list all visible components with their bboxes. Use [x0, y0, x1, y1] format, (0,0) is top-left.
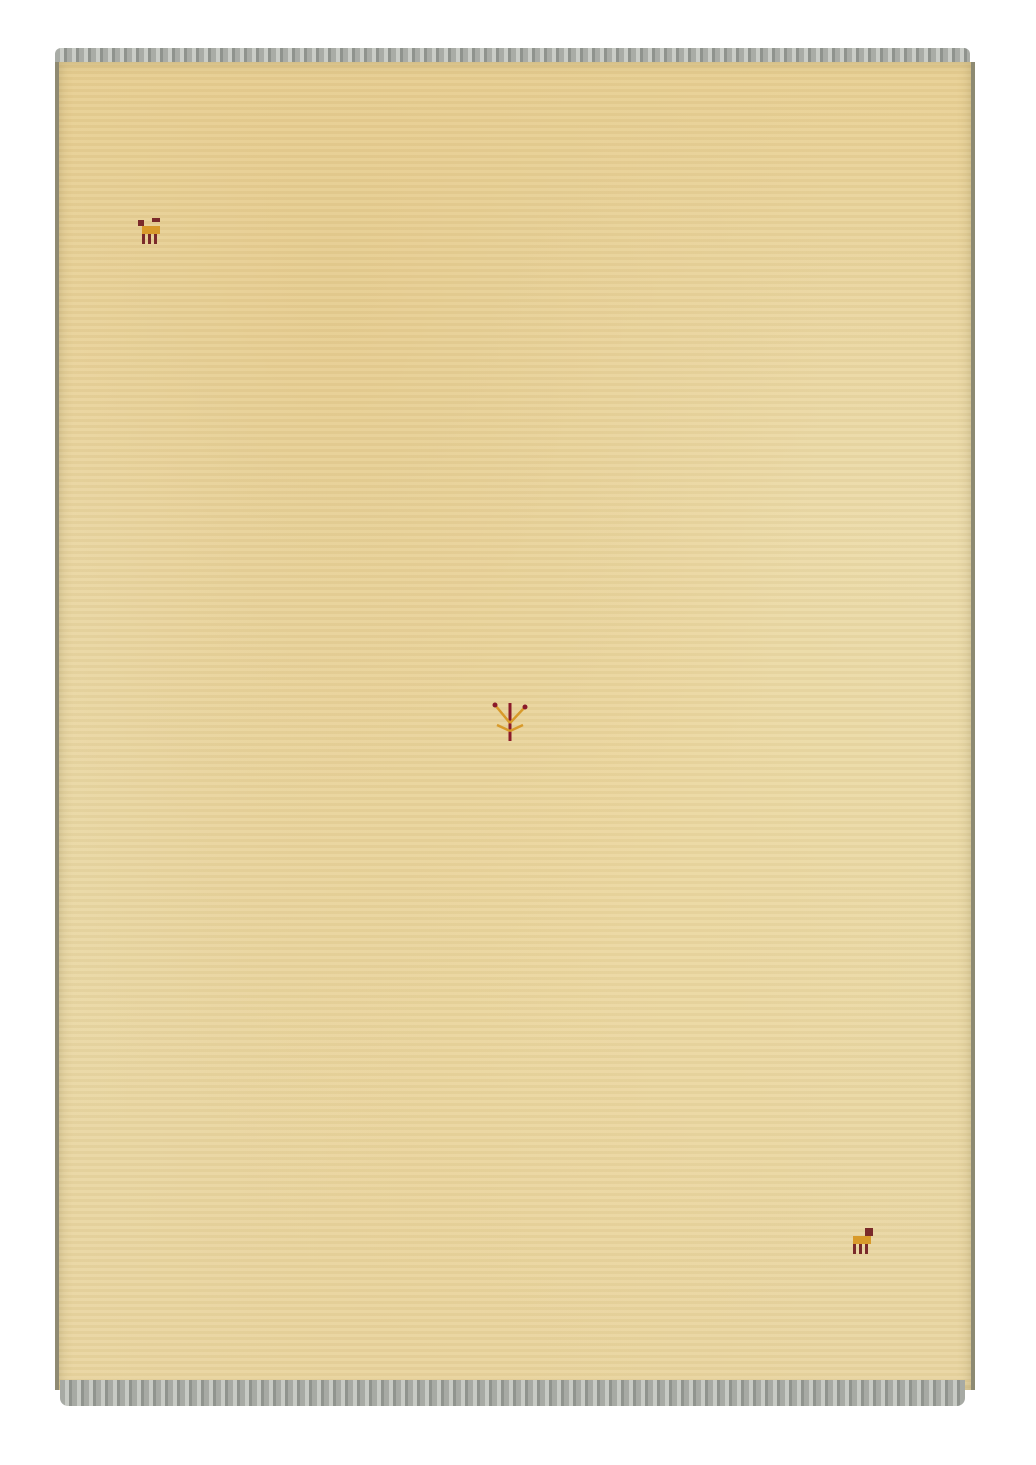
animal-motif-icon: [843, 1222, 883, 1258]
animal-motif-icon: [130, 210, 170, 250]
tree-motif-icon: [485, 695, 535, 745]
bottom-fringe: [60, 1380, 965, 1406]
